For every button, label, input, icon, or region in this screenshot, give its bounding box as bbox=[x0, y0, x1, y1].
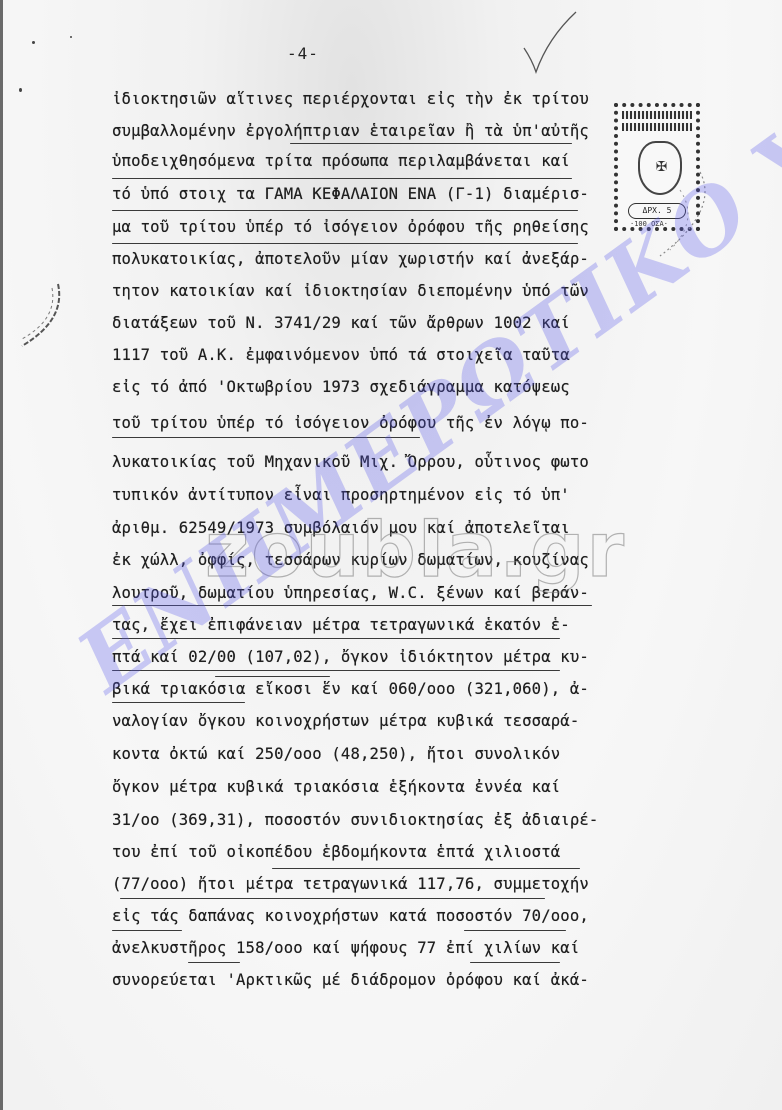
checkmark-icon bbox=[520, 8, 580, 78]
pen-underline bbox=[120, 898, 545, 899]
document-line: 31/οο (369,31), ποσοστόν συνιδιοκτησίας … bbox=[112, 811, 598, 829]
document-line: μα τοῦ τρίτου ὑπέρ τό ἰσόγειον ὀρόφου τῆ… bbox=[112, 218, 589, 236]
document-line: τό ὑπό στοιχ τα ΓΑΜΑ ΚΕΦΑΛΑΙΟΝ ΕΝΑ (Γ-1)… bbox=[112, 185, 589, 203]
ink-speck bbox=[32, 41, 35, 44]
document-line: του ἐπί τοῦ οἰκοπέδου ἑβδομήκοντα ἑπτά χ… bbox=[112, 843, 560, 861]
pen-underline bbox=[215, 676, 330, 677]
document-line: ἰδιοκτησιῶν αἵτινες περιέρχονται εἰς τὴν… bbox=[112, 90, 589, 108]
document-line: συμβαλλομένην ἐργολήπτριαν ἑταιρεῖαν ἢ τ… bbox=[112, 122, 589, 140]
pen-underline bbox=[112, 243, 578, 244]
scanned-page: -4- ἰδιοκτησιῶν αἵτινες περιέρχονται εἰς… bbox=[0, 0, 782, 1110]
document-line: πολυκατοικίας, ἀποτελοῦν μίαν χωριστήν κ… bbox=[112, 250, 589, 268]
document-line: συνορεύεται 'Αρκτικῶς μέ διάδρομον ὀρόφο… bbox=[112, 971, 589, 989]
pen-underline bbox=[188, 962, 240, 963]
ink-speck bbox=[19, 88, 22, 92]
document-line: ὄγκον μέτρα κυβικά τριακόσια ἑξήκοντα ἐν… bbox=[112, 778, 560, 796]
pen-underline bbox=[112, 178, 572, 179]
pen-underline bbox=[464, 930, 566, 931]
stamp-border-top-2 bbox=[622, 123, 692, 131]
document-line: ναλογίαν ὄγκου κοινοχρήστων μέτρα κυβικά… bbox=[112, 712, 579, 730]
document-line: (77/οοο) ἤτοι μέτρα τετραγωνικά 117,76, … bbox=[112, 875, 589, 893]
document-line: ὑποδειχθησόμενα τρίτα πρόσωπα περιλαμβάν… bbox=[112, 152, 570, 170]
pen-underline bbox=[112, 670, 560, 671]
scan-edge bbox=[0, 0, 3, 1110]
page-number: -4- bbox=[287, 44, 319, 63]
stamp-border-top bbox=[622, 111, 692, 119]
pen-underline bbox=[272, 868, 580, 869]
document-line: ἀνελκυστῆρος 158/οοο καί ψήφους 77 ἐπί χ… bbox=[112, 939, 579, 957]
pen-underline bbox=[112, 930, 182, 931]
document-line: εἰς τάς δαπάνας κοινοχρήστων κατά ποσοστ… bbox=[112, 907, 589, 925]
pen-underline bbox=[112, 210, 578, 211]
document-line: κοντα ὀκτώ καί 250/οοο (48,250), ἤτοι συ… bbox=[112, 745, 560, 763]
seal-impression-icon bbox=[14, 280, 64, 350]
pen-underline bbox=[290, 143, 572, 144]
document-line: βικά τριακόσια εἴκοσι ἕν καί 060/οοο (32… bbox=[112, 680, 589, 698]
pen-underline bbox=[470, 962, 560, 963]
ink-speck bbox=[70, 36, 72, 38]
